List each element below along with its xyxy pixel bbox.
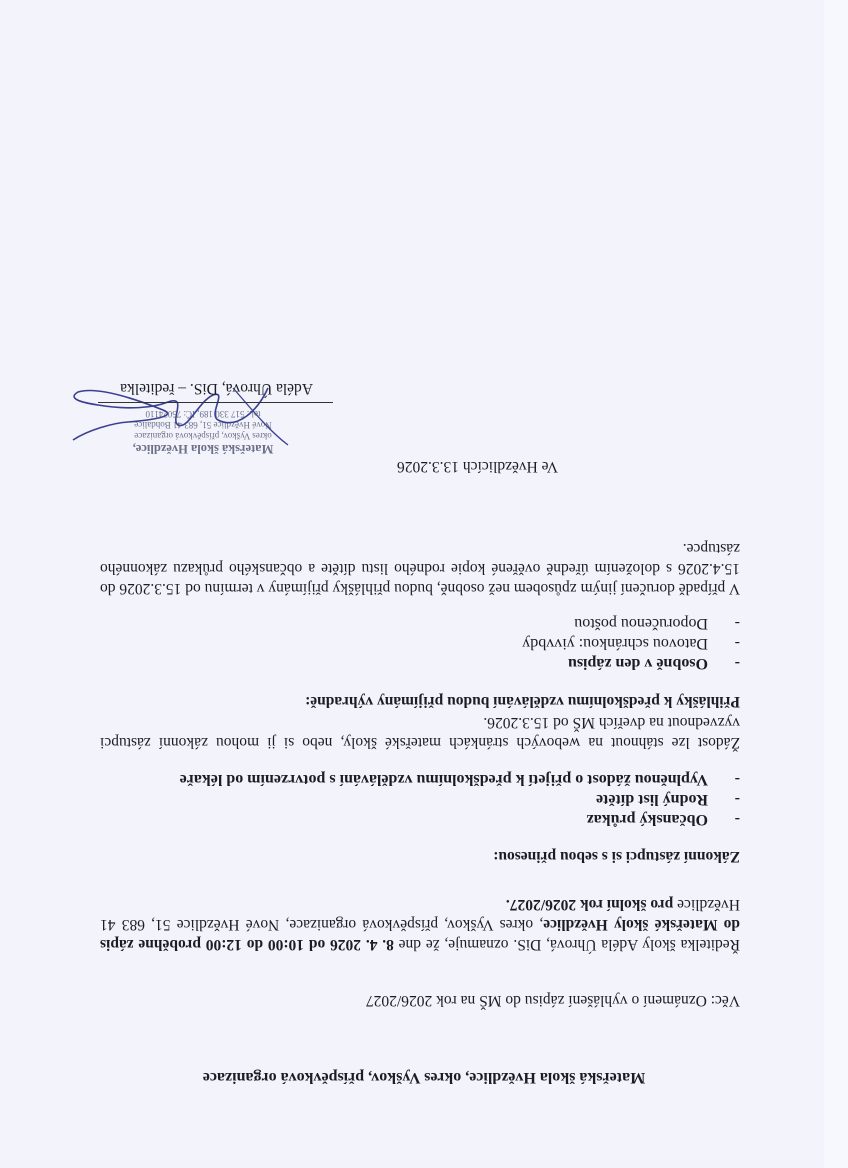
- list-item-text: Doporučenou poštou: [574, 615, 708, 632]
- bring-list: -Občanský průkaz -Rodný list dítěte -Vyp…: [80, 768, 740, 828]
- place-and-date: Ve Hvězdlicích 13.3.2026: [258, 456, 558, 476]
- list-item: -Osobně v den zápisu: [80, 652, 740, 672]
- signer-name: Adéla Úhrová, DiS. – ředitelka: [63, 378, 313, 398]
- list-item-text: Datovou schránkou: yivvbdy: [522, 635, 708, 652]
- dash-bullet-icon: -: [735, 770, 740, 788]
- document-title: Mateřská škola Hvězdlice, okres Vyškov, …: [0, 1068, 848, 1086]
- list-item: -Občanský průkaz: [80, 808, 740, 828]
- download-note: Žádost lze stáhnout na webových stránkác…: [100, 712, 740, 752]
- dash-bullet-icon: -: [735, 810, 740, 828]
- dash-bullet-icon: -: [735, 614, 740, 632]
- document-page: Mateřská škola Hvězdlice, okres Vyškov, …: [0, 0, 848, 1168]
- list-item: -Datovou schránkou: yivvbdy: [80, 632, 740, 652]
- list-item-text: Vyplněnou žádost o přijetí k předškolním…: [180, 771, 708, 788]
- signature-line: [98, 402, 333, 403]
- list-item: -Doporučenou poštou: [80, 612, 740, 632]
- list-item: -Rodný list dítěte: [80, 788, 740, 808]
- accept-heading: Přihlášky k předškolnímu vzdělávání budo…: [85, 691, 740, 711]
- other-delivery-note: V případě doručení jiným způsobem než os…: [100, 538, 740, 598]
- intro-paragraph: Ředitelka školy Adéla Úhrová, DiS. oznam…: [100, 894, 740, 954]
- accept-list: -Osobně v den zápisu -Datovou schránkou:…: [80, 612, 740, 672]
- subject-line: Věc: Oznámení o vyhlášení zápisu do MŠ n…: [85, 990, 740, 1010]
- intro-text-4: pro školní rok 2026/2027.: [506, 896, 673, 913]
- list-item-text: Osobně v den zápisu: [568, 655, 708, 672]
- dash-bullet-icon: -: [735, 654, 740, 672]
- dash-bullet-icon: -: [735, 790, 740, 808]
- bring-heading: Zákonní zástupci si s sebou přinesou:: [85, 846, 740, 866]
- dash-bullet-icon: -: [735, 634, 740, 652]
- list-item-text: Občanský průkaz: [587, 811, 708, 828]
- intro-text-1: Ředitelka školy Adéla Úhrová, DiS. oznam…: [394, 936, 740, 953]
- list-item: -Vyplněnou žádost o přijetí k předškolní…: [80, 768, 740, 788]
- list-item-text: Rodný list dítěte: [596, 791, 708, 808]
